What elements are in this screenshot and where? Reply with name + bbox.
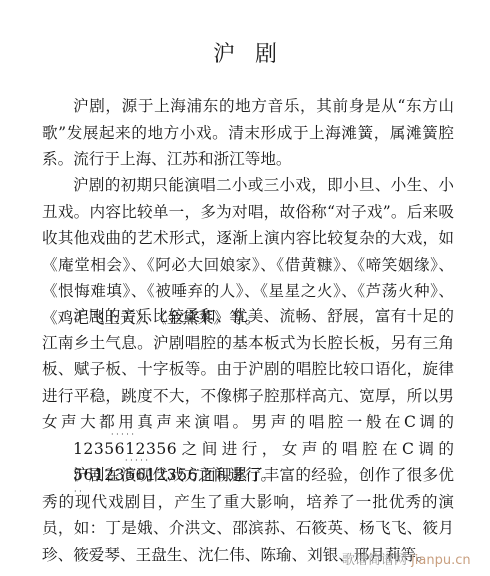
page-title: 沪剧 — [0, 37, 490, 68]
document-page: 沪剧 沪剧，源于上海浦东的地方音乐，其前身是从“东方山歌”发展起来的地方小戏。清… — [0, 0, 490, 576]
high-octave-dots: · · · · · — [80, 431, 134, 439]
paragraph-music: 沪剧的音乐比较柔和、优美、流畅、舒展，富有十足的江南乡土气息。沪剧唱腔的基本板式… — [42, 303, 454, 489]
watermark: 歌谱简谱网 jianpu.cn — [342, 549, 471, 568]
paragraph-origin: 沪剧，源于上海浦东的地方音乐，其前身是从“东方山歌”发展起来的地方小戏。清末形成… — [42, 93, 454, 173]
watermark-site-name: 歌谱简谱网 — [342, 553, 407, 568]
music-text-part2: 之间进行，女声的唱腔在C调的 — [177, 440, 454, 458]
watermark-domain: jianpu.cn — [411, 553, 470, 568]
music-text-part1: 沪剧的音乐比较柔和、优美、流畅、舒展，富有十足的江南乡土气息。沪剧唱腔的基本板式… — [42, 307, 454, 431]
